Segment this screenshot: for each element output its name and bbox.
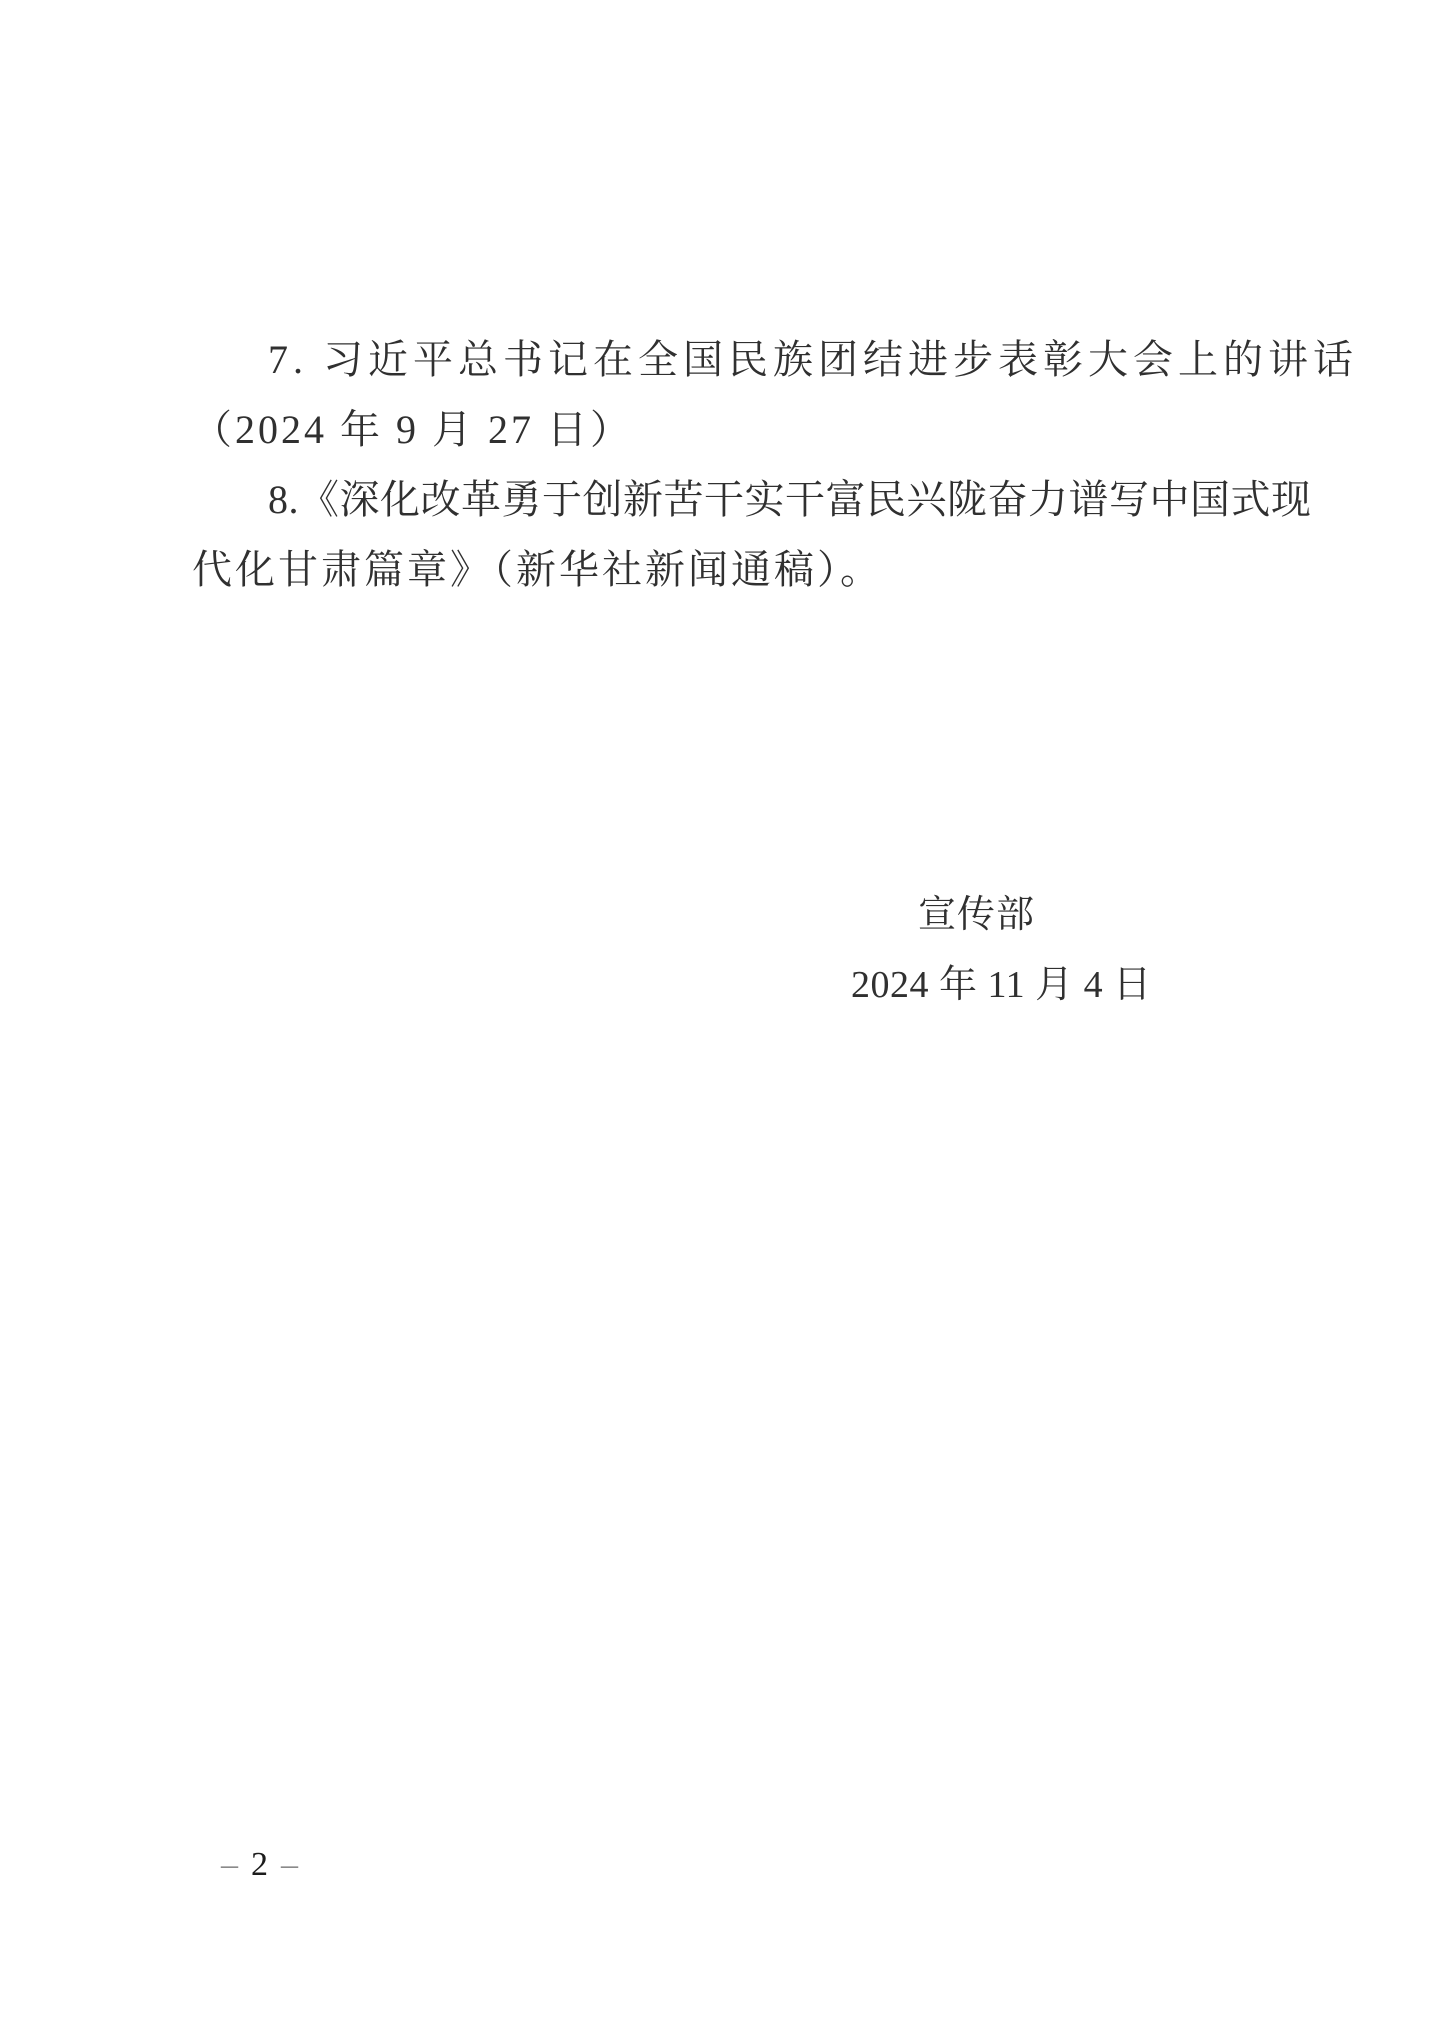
body-line-item-8-continuation: 代化甘肃篇章》（新华社新闻通稿）。 [192, 535, 1342, 605]
document-page: 7. 习近平总书记在全国民族团结进步表彰大会上的讲话 （2024 年 9 月 2… [0, 0, 1430, 2021]
body-line-item-7-title: 7. 习近平总书记在全国民族团结进步表彰大会上的讲话 [192, 325, 1342, 395]
page-number-right-dash: – [281, 1846, 298, 1883]
page-number-left-dash: – [221, 1846, 238, 1883]
body-line-item-8-title: 8.《深化改革勇于创新苦干实干富民兴陇奋力谱写中国式现 [192, 465, 1342, 535]
page-number-value: 2 [251, 1843, 268, 1887]
signature-department: 宣传部 [918, 886, 1035, 944]
body-line-item-7-date: （2024 年 9 月 27 日） [192, 395, 1342, 465]
body-text-block: 7. 习近平总书记在全国民族团结进步表彰大会上的讲话 （2024 年 9 月 2… [192, 325, 1342, 605]
signature-date: 2024 年 11 月 4 日 [851, 956, 1152, 1014]
page-number: –2– [221, 1843, 298, 1887]
